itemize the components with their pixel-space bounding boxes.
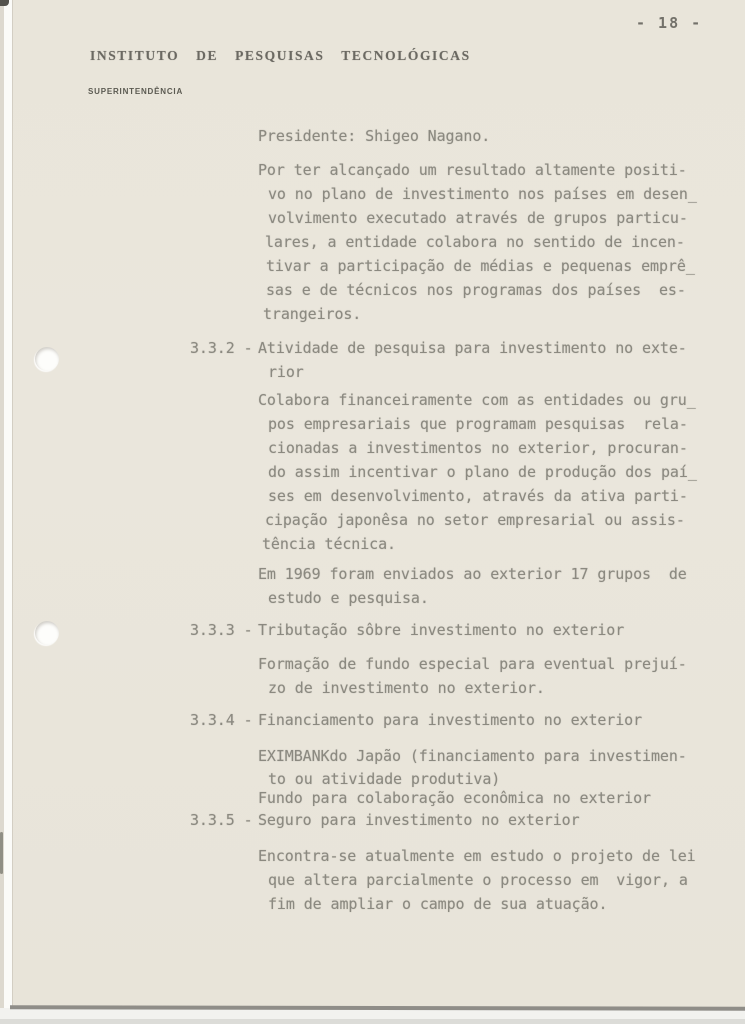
section-number: 3.3.5 - bbox=[190, 812, 253, 829]
body-line: tivar a participação de médias e pequena… bbox=[266, 258, 695, 275]
president-line: Presidente: Shigeo Nagano. bbox=[258, 128, 490, 145]
scan-edge-mark bbox=[0, 832, 3, 874]
scan-bottom-band bbox=[0, 1019, 745, 1024]
scan-left-margin-strip bbox=[4, 0, 13, 1008]
body-line: que altera parcialmente o processo em vi… bbox=[268, 872, 688, 889]
body-line: vo no plano de investimento nos países e… bbox=[268, 186, 697, 203]
body-line: Por ter alcançado um resultado altamente… bbox=[258, 162, 687, 179]
body-line: volvimento executado através de grupos p… bbox=[268, 210, 688, 227]
body-line: cipação japonêsa no setor empresarial ou… bbox=[265, 512, 685, 529]
body-line: lares, a entidade colabora no sentido de… bbox=[265, 234, 685, 251]
section-title-line: Atividade de pesquisa para investimento … bbox=[258, 340, 687, 357]
body-line: Formação de fundo especial para eventual… bbox=[258, 656, 687, 673]
body-line: estudo e pesquisa. bbox=[268, 590, 429, 607]
letterhead-org: INSTITUTO DE PESQUISAS TECNOLÓGICAS bbox=[90, 48, 471, 64]
body-line: to ou atividade produtiva) bbox=[268, 771, 500, 788]
body-line: trangeiros. bbox=[263, 306, 361, 323]
body-line: zo de investimento no exterior. bbox=[268, 680, 545, 697]
section-number: 3.3.3 - bbox=[190, 622, 253, 639]
section-title-line: Financiamento para investimento no exter… bbox=[258, 712, 642, 729]
body-line: Encontra-se atualmente em estudo o proje… bbox=[258, 848, 696, 865]
body-line: sas e de técnicos nos programas dos país… bbox=[266, 282, 686, 299]
punch-hole bbox=[35, 621, 59, 645]
body-line: Em 1969 foram enviados ao exterior 17 gr… bbox=[258, 566, 687, 583]
document-page: - 18 - INSTITUTO DE PESQUISAS TECNOLÓGIC… bbox=[0, 0, 745, 1008]
body-line: cionadas a investimentos no exterior, pr… bbox=[268, 440, 688, 457]
section-title-line: rior bbox=[268, 364, 304, 381]
section-number: 3.3.2 - bbox=[190, 340, 253, 357]
body-line: Colabora financeiramente com as entidade… bbox=[258, 392, 696, 409]
body-line: do assim incentivar o plano de produção … bbox=[268, 464, 697, 481]
body-line: fim de ampliar o campo de sua atuação. bbox=[268, 896, 607, 913]
body-line: pos empresariais que programam pesquisas… bbox=[268, 416, 688, 433]
section-title-line: Tributação sôbre investimento no exterio… bbox=[258, 622, 624, 639]
page-number: - 18 - bbox=[636, 14, 702, 32]
scanned-document: { "colors": { "paper": "#eae6dc", "ink":… bbox=[0, 0, 745, 1024]
body-line: EXIMBANKdo Japão (financiamento para inv… bbox=[258, 748, 687, 765]
body-line: Fundo para colaboração econômica no exte… bbox=[258, 790, 651, 807]
section-number: 3.3.4 - bbox=[190, 712, 253, 729]
punch-hole bbox=[35, 347, 59, 371]
section-title-line: Seguro para investimento no exterior bbox=[258, 812, 580, 829]
letterhead-dept: SUPERINTENDÊNCIA bbox=[88, 87, 183, 96]
body-line: ses em desenvolvimento, através da ativa… bbox=[268, 488, 688, 505]
body-line: tência técnica. bbox=[262, 536, 396, 553]
